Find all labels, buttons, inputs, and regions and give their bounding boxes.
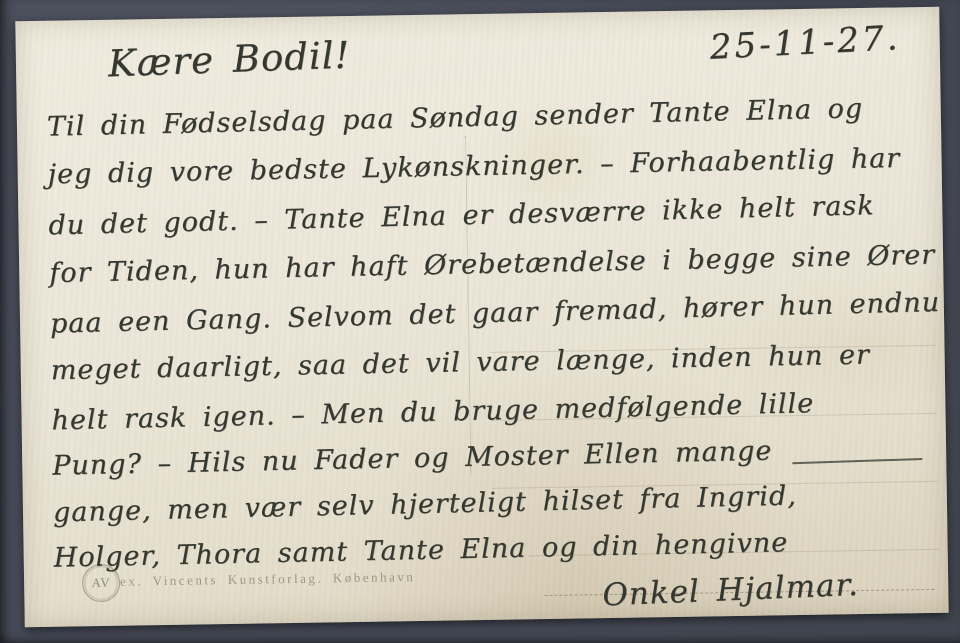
handwritten-line: Pung? – Hils nu Fader og Moster Ellen ma… <box>52 436 773 482</box>
handwritten-line: gange, men vær selv hjerteligt hilset fr… <box>53 480 797 528</box>
handwritten-line: for Tiden, hun har haft Ørebetændelse i … <box>49 240 935 290</box>
publisher-logo: AV <box>82 564 121 603</box>
signature-text: Onkel Hjalmar. <box>602 567 860 614</box>
photo-background: Kære Bodil! 25-11-27. Til din Fødselsdag… <box>0 0 960 643</box>
publisher-imprint: ex. Vincents Kunstforlag. København <box>120 569 415 590</box>
publisher-logo-monogram: AV <box>91 575 110 591</box>
salutation-text: Kære Bodil! <box>107 34 351 86</box>
handwritten-line: jeg dig vore bedste Lykønskninger. – For… <box>47 143 900 190</box>
handwritten-line: Til din Fødselsdag paa Søndag sender Tan… <box>47 93 864 143</box>
handwritten-line: du det godt. – Tante Elna er desværre ik… <box>48 190 875 241</box>
date-text: 25-11-27. <box>709 18 901 68</box>
handwritten-line: meget daarligt, saa det vil vare længe, … <box>50 339 870 386</box>
handwritten-line: paa een Gang. Selvom det gaar fremad, hø… <box>50 287 941 340</box>
handwritten-line: helt rask igen. – Men du bruge medfølgen… <box>51 388 814 436</box>
handwritten-line: Holger, Thora samt Tante Elna og din hen… <box>53 527 788 573</box>
postcard: Kære Bodil! 25-11-27. Til din Fødselsdag… <box>15 7 948 627</box>
pen-flourish-dash <box>792 458 922 464</box>
